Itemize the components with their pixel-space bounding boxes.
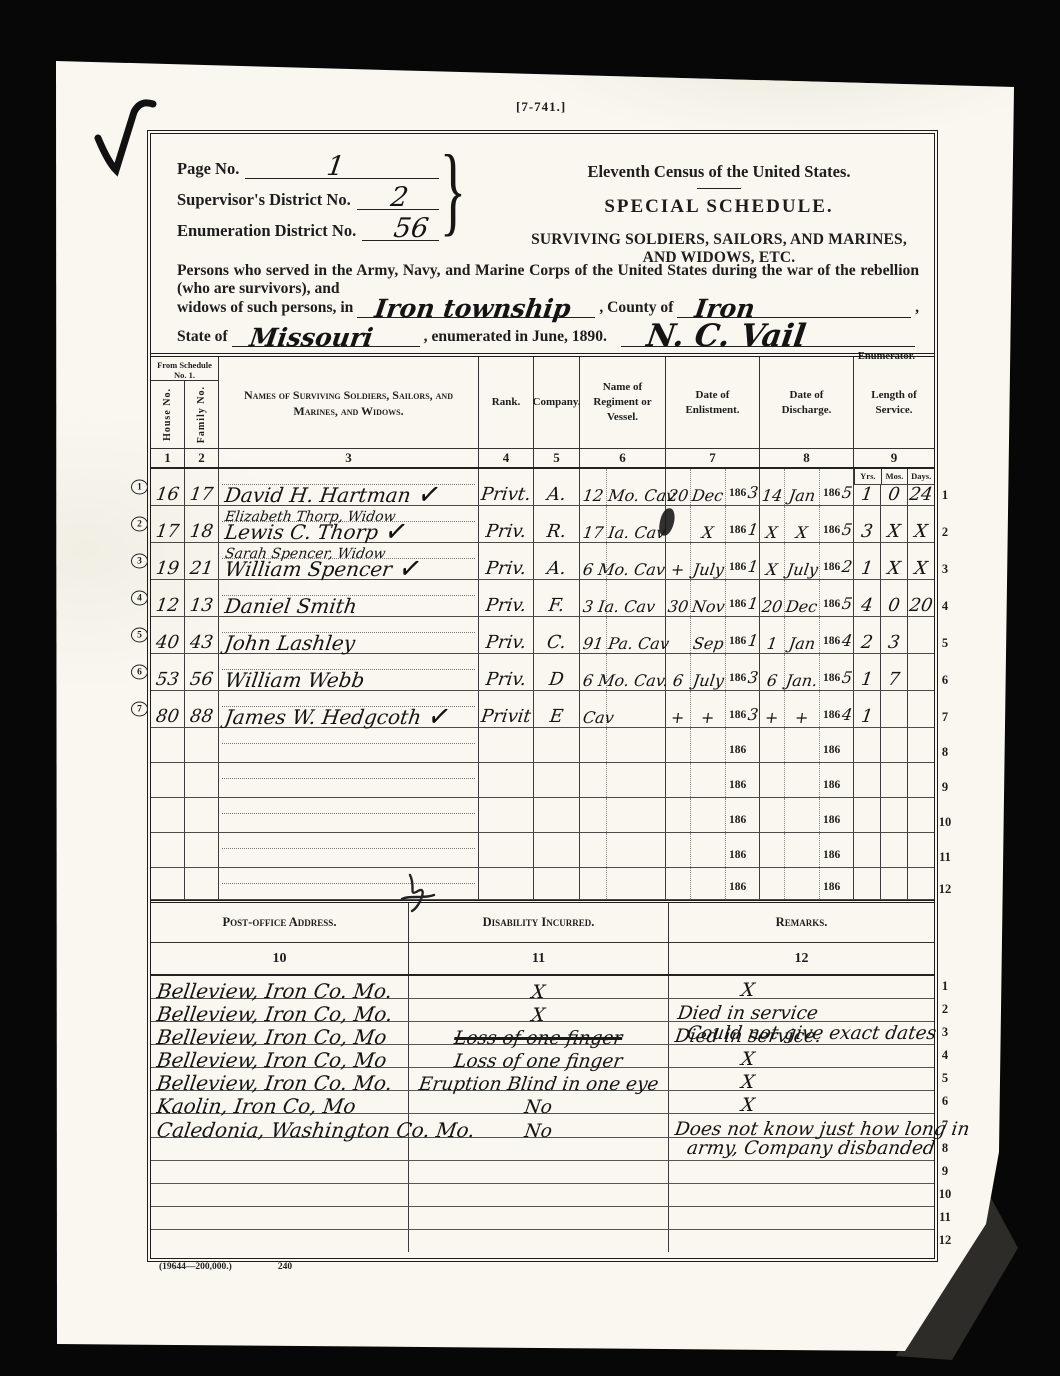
circled-row-number: 1	[131, 480, 148, 495]
row-number: 1	[936, 488, 954, 503]
col-num-1: 1	[151, 449, 185, 467]
discharge-cell: 6Jan.1865	[760, 654, 854, 690]
house-no-cell: 12	[151, 580, 185, 616]
family-no-cell: 56	[185, 654, 219, 690]
company-cell: D	[534, 654, 580, 690]
remarks-cell	[669, 1184, 934, 1206]
regiment-cell	[580, 868, 666, 899]
house-no-cell: 17	[151, 506, 185, 542]
post-office-header: Post-office Address.	[151, 903, 409, 942]
company-header: Company.	[534, 357, 580, 448]
discharge-cell: 186	[760, 868, 854, 899]
post-office-cell	[151, 1207, 409, 1229]
name-cell	[219, 798, 479, 832]
intro-line-3-mid: , enumerated in June, 1890.	[424, 328, 607, 347]
remarks-cell: Died in service.	[669, 1022, 934, 1044]
service-header: Length ofService.	[854, 357, 934, 448]
paper-sheet: [7-741.] Page No. 1 Supervisor's Distric…	[0, 0, 1060, 1376]
post-office-cell: Belleview, Iron Co, Mo.	[151, 999, 409, 1021]
row-number: 5	[936, 636, 954, 651]
discharge-cell: 20Dec1865	[760, 580, 854, 616]
name-cell	[219, 763, 479, 797]
row-number: 12	[936, 882, 954, 897]
discharge-cell: 186	[760, 833, 854, 867]
regiment-cell	[580, 833, 666, 867]
address-table-body: Belleview, Iron Co. Mo.XX1 Belleview, Ir…	[151, 976, 934, 1252]
soldier-row: 54043John LashleyPriv.C.91 Pa. CavSep186…	[151, 617, 934, 654]
enlistment-cell: X1861	[666, 506, 760, 542]
service-months-cell: 0	[881, 580, 908, 616]
days-header: Days.	[908, 469, 934, 484]
name-cell: John Lashley	[219, 617, 479, 653]
schedule-title: SPECIAL SCHEDULE.	[523, 196, 915, 218]
row-number: 2	[936, 525, 954, 540]
service-years-cell	[854, 728, 881, 762]
intro-line-3-pre: State of	[177, 328, 228, 347]
discharge-cell: XJuly1862	[760, 543, 854, 579]
house-no-cell: 80	[151, 691, 185, 727]
address-row: Belleview, Iron Co. Mo.XX1	[151, 976, 934, 999]
intro-line-2-mid: , County of	[599, 299, 673, 318]
rank-cell	[479, 833, 534, 867]
row-number: 8	[936, 1141, 954, 1156]
enlistment-cell: 186	[666, 728, 760, 762]
print-footer: (19644—200,000.) 240	[159, 1262, 292, 1272]
remarks-cell	[669, 1230, 934, 1252]
enumerator-signature: N. C. Vail	[644, 318, 808, 354]
page-no-label: Page No.	[177, 159, 239, 179]
house-no-cell: 53	[151, 654, 185, 690]
service-days-cell: 20	[908, 580, 934, 616]
company-cell: F.	[534, 580, 580, 616]
house-no-cell: 40	[151, 617, 185, 653]
soldier-row: 18618612	[151, 868, 934, 900]
service-months-cell: 7	[881, 654, 908, 690]
name-cell	[219, 728, 479, 762]
rank-header: Rank.	[479, 357, 534, 448]
circled-row-number: 5	[131, 628, 148, 643]
township-value: Iron township	[373, 294, 573, 323]
soldier-row: 41213Daniel SmithPriv.F.3 Ia. Cav30Nov18…	[151, 580, 934, 617]
service-days-cell	[908, 728, 934, 762]
service-months-cell: X	[881, 543, 908, 579]
service-days-cell	[908, 763, 934, 797]
house-no-cell: 19	[151, 543, 185, 579]
page-no-value: 1	[324, 151, 346, 182]
family-no-cell	[185, 833, 219, 867]
disability-cell	[409, 1207, 669, 1229]
company-cell	[534, 868, 580, 899]
names-header: Names of Surviving Soldiers, Sailors, an…	[219, 357, 479, 448]
service-days-cell	[908, 833, 934, 867]
brace-glyph: }	[440, 140, 466, 240]
intro-paragraph: Persons who served in the Army, Navy, an…	[177, 262, 919, 362]
col-num-3: 3	[219, 449, 479, 467]
row-number: 10	[936, 1187, 954, 1202]
regiment-cell: 3 Ia. Cav	[580, 580, 666, 616]
address-row: 10	[151, 1184, 934, 1207]
supervisor-district-row: Supervisor's District No. 2	[177, 179, 439, 210]
title-block: Eleventh Census of the United States. SP…	[523, 162, 915, 267]
service-days-cell	[908, 798, 934, 832]
family-no-cell: 21	[185, 543, 219, 579]
service-months-cell: 3	[881, 617, 908, 653]
company-cell: A.	[534, 543, 580, 579]
pen-flourish	[390, 873, 436, 913]
regiment-cell: 6 Mo. Cav	[580, 543, 666, 579]
plate-number: 240	[278, 1262, 292, 1272]
discharge-header: Date ofDischarge.	[760, 357, 854, 448]
remarks-cell: X	[669, 1091, 934, 1113]
remarks-cell: X	[669, 1068, 934, 1090]
name-cell: William Webb	[219, 654, 479, 690]
soldiers-table-header: From Schedule No. 1. House No. Family No…	[151, 357, 934, 449]
service-months-cell	[881, 728, 908, 762]
rank-cell: Priv.	[479, 617, 534, 653]
name-cell	[219, 833, 479, 867]
house-no-cell	[151, 833, 185, 867]
company-cell: R.	[534, 506, 580, 542]
enlistment-cell: 20Dec1863	[666, 469, 760, 505]
regiment-cell: 6 Mo. Cav.	[580, 654, 666, 690]
row-number: 11	[936, 850, 954, 865]
soldiers-table: From Schedule No. 1. House No. Family No…	[151, 353, 934, 900]
service-years-cell	[854, 763, 881, 797]
district-block: Page No. 1 Supervisor's District No. 2 E…	[177, 148, 439, 241]
house-no-cell	[151, 763, 185, 797]
post-office-cell	[151, 1230, 409, 1252]
enlistment-header: Date ofEnlistment.	[666, 357, 760, 448]
family-no-header: Family No.	[185, 381, 219, 448]
page-no-row: Page No. 1	[177, 148, 439, 179]
enlistment-cell: 186	[666, 763, 760, 797]
service-months-cell: X	[881, 506, 908, 542]
soldier-row: 18618611	[151, 833, 934, 868]
service-years-cell	[854, 798, 881, 832]
company-cell: C.	[534, 617, 580, 653]
col-num-8: 8	[760, 449, 854, 467]
rank-cell	[479, 763, 534, 797]
regiment-cell: 12 Mo. Cav	[580, 469, 666, 505]
regiment-cell	[580, 728, 666, 762]
page-no-line: 1	[245, 155, 439, 179]
state-value: Missouri	[248, 323, 375, 352]
column-numbers-row: 1 2 3 4 5 6 7 8 9	[151, 449, 934, 469]
service-years-cell: 3	[854, 506, 881, 542]
name-cell: Sarah Spencer, WidowWilliam Spencer✓	[219, 543, 479, 579]
company-cell	[534, 763, 580, 797]
remarks-cell: X	[669, 1045, 934, 1067]
circled-row-number: 2	[131, 517, 148, 532]
service-years-cell: 1	[854, 654, 881, 690]
family-no-cell	[185, 868, 219, 899]
intro-line-2-pre: widows of such persons, in	[177, 299, 353, 318]
service-months-cell	[881, 833, 908, 867]
discharge-cell: 186	[760, 763, 854, 797]
post-office-cell: Belleview, Iron Co. Mo.	[151, 1068, 409, 1090]
soldier-row: 21718Elizabeth Thorp, WidowLewis C. Thor…	[151, 506, 934, 543]
col-num-9: 9	[854, 449, 934, 467]
name-cell: David H. Hartman✓	[219, 469, 479, 505]
enumeration-district-value: 56	[392, 213, 431, 244]
rank-cell	[479, 798, 534, 832]
discharge-cell: 1Jan1864	[760, 617, 854, 653]
enlistment-cell: 186	[666, 868, 760, 899]
enlistment-cell: Sep1861	[666, 617, 760, 653]
company-cell: A.	[534, 469, 580, 505]
row-number: 9	[936, 1164, 954, 1179]
service-days-cell	[908, 617, 934, 653]
intro-line-2-end: ,	[915, 299, 919, 318]
name-cell: Elizabeth Thorp, WidowLewis C. Thorp✓	[219, 506, 479, 542]
discharge-cell: 14Jan1865	[760, 469, 854, 505]
service-days-cell	[908, 868, 934, 899]
soldier-row: 18618610	[151, 798, 934, 833]
remarks-cell	[669, 1161, 934, 1183]
family-no-cell: 88	[185, 691, 219, 727]
col-num-10: 10	[151, 943, 409, 974]
remarks-cell: Died in serviceCould not give exact date…	[669, 999, 934, 1021]
form-code: [7-741.]	[516, 99, 566, 115]
company-cell: E	[534, 691, 580, 727]
house-no-cell: 16	[151, 469, 185, 505]
col-num-2: 2	[185, 449, 219, 467]
address-row: 9	[151, 1161, 934, 1184]
col-num-11: 11	[409, 943, 669, 974]
row-number: 11	[936, 1210, 954, 1225]
service-years-cell	[854, 868, 881, 899]
soldier-row: 11617David H. Hartman✓Privt.A.12 Mo. Cav…	[151, 469, 934, 506]
post-office-cell: Belleview, Iron Co, Mo	[151, 1022, 409, 1044]
post-office-cell	[151, 1184, 409, 1206]
post-office-cell: Caledonia, Washington Co. Mo.	[151, 1114, 409, 1136]
enlistment-cell: 6July1863	[666, 654, 760, 690]
disability-header: Disability Incurred.	[409, 903, 669, 942]
enlistment-cell: 30Nov1861	[666, 580, 760, 616]
title-divider	[697, 188, 741, 189]
address-table: Post-office Address. Disability Incurred…	[151, 900, 934, 1252]
address-row: 12	[151, 1230, 934, 1252]
rank-cell	[479, 868, 534, 899]
service-days-cell	[908, 691, 934, 727]
regiment-header: Name ofRegiment or Vessel.	[580, 357, 666, 448]
enlistment-cell: ++1863	[666, 691, 760, 727]
township-line: Iron township	[357, 292, 595, 318]
service-years-cell: 4	[854, 580, 881, 616]
discharge-cell: XX1865	[760, 506, 854, 542]
remarks-cell: X	[669, 976, 934, 998]
row-number: 9	[936, 780, 954, 795]
schedule-form: Page No. 1 Supervisor's District No. 2 E…	[147, 130, 938, 1262]
house-no-cell	[151, 798, 185, 832]
soldier-row: 1861868	[151, 728, 934, 763]
scanned-census-page: [7-741.] Page No. 1 Supervisor's Distric…	[0, 0, 1060, 1376]
company-cell	[534, 833, 580, 867]
regiment-cell	[580, 798, 666, 832]
regiment-cell: 91 Pa. Cav	[580, 617, 666, 653]
family-no-cell	[185, 798, 219, 832]
soldiers-table-body: Yrs. Mos. Days. 11617David H. Hartman✓Pr…	[151, 469, 934, 900]
enlistment-cell: +July1861	[666, 543, 760, 579]
rank-cell: Privt.	[479, 469, 534, 505]
name-cell: Daniel Smith	[219, 580, 479, 616]
service-years-cell	[854, 833, 881, 867]
row-number: 3	[936, 562, 954, 577]
family-no-cell	[185, 728, 219, 762]
yrs-header: Yrs.	[855, 469, 882, 484]
county-line: Iron	[677, 292, 911, 318]
disability-cell	[409, 1161, 669, 1183]
family-no-cell	[185, 763, 219, 797]
post-office-cell	[151, 1161, 409, 1183]
service-years-cell: 1	[854, 691, 881, 727]
remarks-header: Remarks.	[669, 903, 934, 942]
service-months-cell	[881, 868, 908, 899]
circled-row-number: 3	[131, 554, 148, 569]
tables-wrapper: From Schedule No. 1. House No. Family No…	[151, 353, 934, 1252]
col-num-5: 5	[534, 449, 580, 467]
soldier-row: 65356William WebbPriv.D6 Mo. Cav.6July18…	[151, 654, 934, 691]
remarks-cell	[669, 1207, 934, 1229]
from-schedule-label: From Schedule No. 1.	[151, 357, 218, 381]
from-schedule-group: From Schedule No. 1. House No. Family No…	[151, 357, 219, 448]
family-no-cell: 43	[185, 617, 219, 653]
disability-cell	[409, 1230, 669, 1252]
address-column-numbers: 10 11 12	[151, 943, 934, 976]
mos-header: Mos.	[882, 469, 909, 484]
house-no-header: House No.	[151, 381, 185, 448]
state-line: Missouri	[232, 321, 420, 347]
address-table-header: Post-office Address. Disability Incurred…	[151, 903, 934, 943]
enlistment-cell: 186	[666, 833, 760, 867]
row-number: 10	[936, 815, 954, 830]
discharge-cell: 186	[760, 798, 854, 832]
enumerator-signature-line: N. C. Vail	[621, 321, 915, 347]
yrs-mos-days-header: Yrs. Mos. Days.	[854, 469, 934, 485]
supervisor-district-line: 2	[357, 186, 439, 210]
company-cell	[534, 798, 580, 832]
row-number: 4	[936, 599, 954, 614]
supervisor-district-label: Supervisor's District No.	[177, 190, 351, 210]
rank-cell	[479, 728, 534, 762]
rank-cell: Priv.	[479, 506, 534, 542]
row-number: 12	[936, 1233, 954, 1248]
regiment-cell: 17 Ia. Cav	[580, 506, 666, 542]
service-months-cell	[881, 691, 908, 727]
family-no-cell: 18	[185, 506, 219, 542]
rank-cell: Priv.	[479, 580, 534, 616]
row-number: 8	[936, 745, 954, 760]
col-num-6: 6	[580, 449, 666, 467]
regiment-cell	[580, 763, 666, 797]
enumeration-district-label: Enumeration District No.	[177, 221, 356, 241]
service-months-cell	[881, 763, 908, 797]
discharge-cell: ++1864	[760, 691, 854, 727]
soldier-row: 1861869	[151, 763, 934, 798]
row-number: 7	[936, 710, 954, 725]
discharge-cell: 186	[760, 728, 854, 762]
company-cell	[534, 728, 580, 762]
col-num-12: 12	[669, 943, 934, 974]
family-no-cell: 13	[185, 580, 219, 616]
house-no-cell	[151, 868, 185, 899]
service-years-cell: 2	[854, 617, 881, 653]
enumeration-district-line: 56	[362, 217, 439, 241]
enlistment-cell: 186	[666, 798, 760, 832]
soldier-row: 78088James W. Hedgcoth✓PrivitECav++1863+…	[151, 691, 934, 728]
intro-line-1: Persons who served in the Army, Navy, an…	[177, 262, 919, 289]
rank-cell: Priv.	[479, 654, 534, 690]
disability-cell	[409, 1184, 669, 1206]
row-number: 6	[936, 673, 954, 688]
service-days-cell	[908, 654, 934, 690]
post-office-cell: Belleview, Iron Co. Mo.	[151, 976, 409, 998]
remarks-cell: Does not know just how long inarmy, Comp…	[669, 1114, 934, 1136]
name-cell: James W. Hedgcoth✓	[219, 691, 479, 727]
service-months-cell	[881, 798, 908, 832]
rank-cell: Priv.	[479, 543, 534, 579]
family-no-cell: 17	[185, 469, 219, 505]
address-row: 11	[151, 1207, 934, 1230]
house-family-headers: House No. Family No.	[151, 381, 218, 448]
post-office-cell: Belleview, Iron Co, Mo	[151, 1045, 409, 1067]
circled-row-number: 7	[131, 702, 148, 717]
soldier-row: 31921Sarah Spencer, WidowWilliam Spencer…	[151, 543, 934, 580]
col-num-7: 7	[666, 449, 760, 467]
circled-row-number: 6	[131, 665, 148, 680]
census-title: Eleventh Census of the United States.	[523, 162, 915, 182]
service-days-cell: X	[908, 543, 934, 579]
service-days-cell: X	[908, 506, 934, 542]
circled-row-number: 4	[131, 591, 148, 606]
print-code: (19644—200,000.)	[159, 1262, 232, 1272]
enumeration-district-row: Enumeration District No. 56	[177, 210, 439, 241]
disability-cell: X	[409, 976, 669, 998]
name-cell	[219, 868, 479, 899]
regiment-cell: Cav	[580, 691, 666, 727]
service-years-cell: 1	[854, 543, 881, 579]
col-num-4: 4	[479, 449, 534, 467]
supervisor-district-value: 2	[389, 182, 411, 213]
rank-cell: Privit	[479, 691, 534, 727]
house-no-cell	[151, 728, 185, 762]
